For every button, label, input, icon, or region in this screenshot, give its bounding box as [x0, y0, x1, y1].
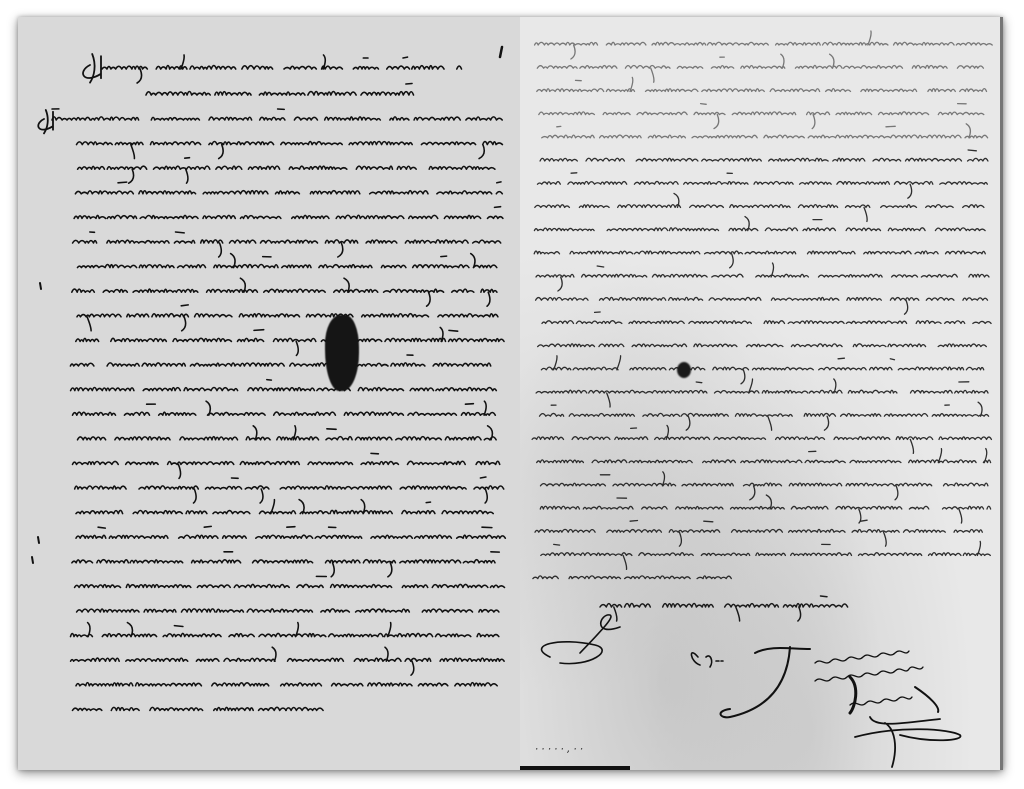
signature-block: [542, 615, 961, 767]
right-page: Continuation of cursive text, faded uppe…: [520, 17, 1003, 770]
archive-label: ·····,··: [534, 745, 585, 755]
ink-blot: [325, 315, 359, 391]
ink-spot: [677, 362, 691, 378]
right-page-handwriting: [520, 17, 1003, 770]
left-page: Dense cursive text, paragraph starting w…: [18, 17, 520, 770]
page-edge: [520, 766, 630, 770]
left-page-handwriting: [18, 17, 520, 770]
manuscript-frame: Dense cursive text, paragraph starting w…: [18, 17, 1003, 770]
